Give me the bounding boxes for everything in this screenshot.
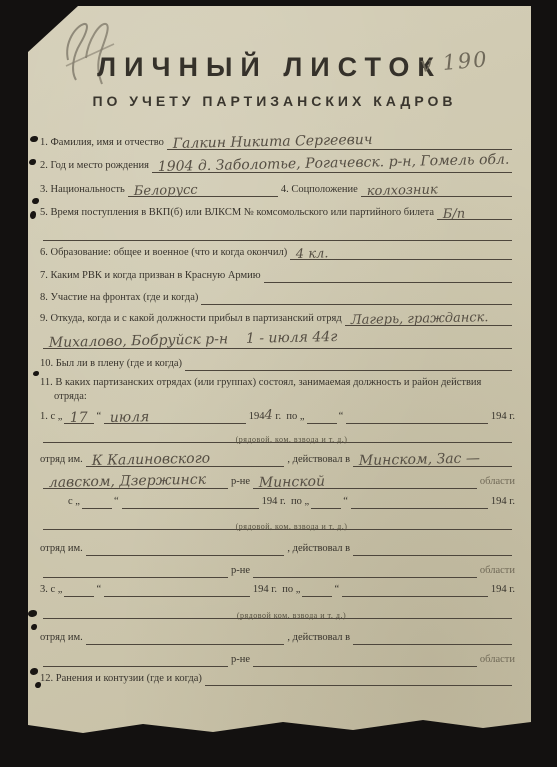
- field-line: [253, 654, 477, 667]
- printed-text: отряд им.: [40, 543, 83, 556]
- field-line: Галкин Никита Сергеевич: [167, 137, 512, 150]
- ink-blot: [30, 668, 38, 675]
- printed-text: с „: [68, 496, 80, 509]
- field-wounds: 12. Ранения и контузии (где и когда): [40, 673, 515, 686]
- service-entry-1-dates: 1. с „ 17 “ июля 194 4 г. по „ “ 194 г.: [40, 408, 515, 424]
- field-line: Белорусс: [128, 184, 278, 197]
- handwritten-unit: К Калиновского: [91, 451, 210, 469]
- service-entry-2-dates: с „ “ 194 г. по „ “ 194 г.: [68, 496, 515, 509]
- service-entry-1-unit: отряд им. К Калиновского , действовал в …: [40, 454, 515, 467]
- service-entry-3-district: р-не области: [40, 654, 515, 667]
- field-line: [353, 632, 512, 645]
- printed-year: 194: [491, 411, 507, 424]
- field-party-extra-line: [40, 228, 515, 241]
- field-line: [104, 584, 250, 597]
- field-line: [201, 292, 512, 305]
- printed-text: “: [114, 496, 119, 509]
- printed-text: г.: [277, 496, 285, 509]
- handwritten-value: колхозник: [367, 183, 438, 199]
- handwritten-value: 1904 д. Заболотье, Рогачевск. р-н, Гомел…: [158, 152, 510, 175]
- printed-text: “: [96, 411, 101, 424]
- field-label: отряда:: [54, 391, 87, 404]
- field-line: [264, 270, 512, 283]
- service-entry-2-district: р-не области: [40, 565, 515, 578]
- field-line: [307, 411, 337, 424]
- field-line: [122, 496, 259, 509]
- field-label: 12. Ранения и контузии (где и когда): [40, 673, 202, 686]
- field-units-heading2: отряда:: [54, 391, 515, 404]
- printed-text: области: [480, 476, 515, 489]
- printed-text: г.: [507, 411, 515, 424]
- field-line: К Калиновского: [86, 454, 285, 467]
- field-label: 7. Каким РВК и когда призван в Красную А…: [40, 270, 261, 283]
- printed-text: , действовал в: [287, 454, 350, 467]
- field-surname: 1. Фамилия, имя и отчество Галкин Никита…: [40, 137, 515, 150]
- page-subtitle: ПО УЧЕТУ ПАРТИЗАНСКИХ КАДРОВ: [28, 94, 521, 108]
- handwritten-value: Галкин Никита Сергеевич: [173, 132, 373, 152]
- printed-text: отряд им.: [40, 454, 83, 467]
- field-label: 5. Время поступления в ВКП(б) или ВЛКСМ …: [40, 207, 434, 220]
- field-line: [86, 543, 285, 556]
- printed-text: р-не: [231, 476, 250, 489]
- field-label: 6. Образование: общее и военное (что и к…: [40, 247, 287, 260]
- field-captivity: 10. Был ли в плену (где и когда): [40, 358, 515, 371]
- printed-text: , действовал в: [287, 632, 350, 645]
- field-line: лавском, Дзержинск: [43, 476, 228, 489]
- scanned-document-page: { "colors":{"paper":"#cec8af","print_ink…: [0, 0, 557, 767]
- field-line: [302, 584, 332, 597]
- printed-text: по „: [281, 411, 304, 424]
- field-education: 6. Образование: общее и военное (что и к…: [40, 247, 515, 260]
- printed-text: “: [343, 496, 348, 509]
- handwritten-day: 17: [70, 410, 88, 426]
- field-line: [351, 496, 488, 509]
- printed-year: 194: [491, 496, 507, 509]
- service-entry-2-unit: отряд им. , действовал в: [40, 543, 515, 556]
- field-line: 4 кл.: [290, 247, 512, 260]
- handwritten-year-digit: 4: [265, 408, 273, 424]
- field-units-heading: 11. В каких партизанских отрядах (или гр…: [40, 377, 515, 390]
- field-line: Б/п: [437, 207, 512, 220]
- service-entry-3-dates: 3. с „ “ 194 г. по „ “ 194 г.: [40, 584, 515, 597]
- field-label: 2. Год и место рождения: [40, 160, 149, 173]
- ink-blot: [30, 211, 36, 219]
- field-line: июля: [104, 411, 246, 424]
- entry-number: 3.: [40, 584, 51, 597]
- ink-blot: [30, 136, 38, 142]
- field-line: [82, 496, 112, 509]
- field-line: [64, 584, 94, 597]
- field-line: Лагерь, гражданск.: [345, 313, 512, 326]
- form-paper: ЛИЧНЫЙ ЛИСТОК v 190 ПО УЧЕТУ ПАРТИЗАНСКИ…: [28, 6, 531, 741]
- printed-text: “: [334, 584, 339, 597]
- printed-text: г.: [507, 584, 515, 597]
- field-rvk: 7. Каким РВК и когда призван в Красную А…: [40, 270, 515, 283]
- field-line: [353, 543, 512, 556]
- service-entry-1-district: лавском, Дзержинск р-не Минской области: [40, 476, 515, 489]
- ink-blot: [35, 682, 41, 688]
- field-nationality-social: 3. Национальность Белорусс 4. Соцположен…: [40, 184, 515, 197]
- handwritten-month: июля: [110, 409, 150, 426]
- printed-text: области: [480, 654, 515, 667]
- ink-blot: [33, 371, 39, 376]
- handwritten-value: Лагерь, гражданск.: [350, 310, 488, 328]
- field-label: 11. В каких партизанских отрядах (или гр…: [40, 377, 481, 390]
- field-line: [43, 654, 228, 667]
- printed-text: , действовал в: [287, 543, 350, 556]
- handwritten-value: Б/п: [443, 207, 466, 222]
- field-line: [205, 673, 512, 686]
- field-label: 1. Фамилия, имя и отчество: [40, 137, 164, 150]
- printed-year: 194: [253, 584, 269, 597]
- field-label: 8. Участие на фронтах (где и когда): [40, 292, 198, 305]
- field-label: 3. Национальность: [40, 184, 125, 197]
- service-entry-3-unit: отряд им. , действовал в: [40, 632, 515, 645]
- handwritten-value: Белорусс: [133, 183, 197, 199]
- field-line: [43, 565, 228, 578]
- field-label: 4. Соцположение: [281, 184, 358, 197]
- field-party: 5. Время поступления в ВКП(б) или ВЛКСМ …: [40, 207, 515, 220]
- field-line: Михалово, Бобруйск р-н 1 - июля 44г: [43, 336, 512, 349]
- field-line: Минском, Зас —: [353, 454, 512, 467]
- field-line: [86, 632, 285, 645]
- printed-text: г.: [273, 411, 281, 424]
- printed-year: 194: [491, 584, 507, 597]
- printed-text: с „: [51, 584, 63, 597]
- field-line: 17: [64, 411, 94, 424]
- field-line: 1904 д. Заболотье, Рогачевск. р-н, Гомел…: [152, 160, 512, 173]
- handwritten-value: Михалово, Бобруйск р-н 1 - июля 44г: [49, 329, 338, 351]
- field-arrival: 9. Откуда, когда и с какой должности при…: [40, 313, 515, 326]
- printed-year: 194: [249, 411, 265, 424]
- ink-blot: [31, 624, 37, 630]
- field-label: 9. Откуда, когда и с какой должности при…: [40, 313, 342, 326]
- field-line: [346, 411, 488, 424]
- printed-text: с „: [51, 411, 63, 424]
- printed-text: отряд им.: [40, 632, 83, 645]
- field-line: [185, 358, 512, 371]
- rank-caption: (рядовой, ком. взвода и т. д.): [68, 436, 515, 444]
- field-label: 10. Был ли в плену (где и когда): [40, 358, 182, 371]
- field-line: [253, 565, 477, 578]
- printed-text: области: [480, 565, 515, 578]
- rank-caption: (рядовой, ком. взвода и т. д.): [68, 523, 515, 531]
- field-line: [43, 228, 512, 241]
- printed-text: “: [339, 411, 344, 424]
- printed-text: р-не: [231, 565, 250, 578]
- field-fronts: 8. Участие на фронтах (где и когда): [40, 292, 515, 305]
- handwritten-region: Минской: [259, 474, 326, 491]
- field-line: [342, 584, 488, 597]
- field-birth: 2. Год и место рождения 1904 д. Заболоть…: [40, 160, 515, 173]
- handwritten-area: Минском, Зас —: [359, 451, 480, 470]
- field-line: [311, 496, 341, 509]
- ink-blot: [29, 159, 36, 165]
- ink-blot: [32, 198, 39, 204]
- ink-blot: [28, 610, 37, 617]
- field-line: колхозник: [361, 184, 512, 197]
- printed-text: г.: [507, 496, 515, 509]
- printed-text: р-не: [231, 654, 250, 667]
- rank-caption: (рядовой ком. взвода и т. д.): [68, 612, 515, 620]
- printed-text: “: [96, 584, 101, 597]
- printed-text: по „: [286, 496, 309, 509]
- handwritten-value: 4 кл.: [296, 246, 329, 262]
- printed-text: г.: [269, 584, 277, 597]
- printed-text: по „: [277, 584, 300, 597]
- field-arrival-line2: Михалово, Бобруйск р-н 1 - июля 44г: [40, 336, 515, 349]
- field-line: Минской: [253, 476, 477, 489]
- entry-number: 1.: [40, 411, 51, 424]
- printed-year: 194: [262, 496, 278, 509]
- handwritten-area2: лавском, Дзержинск: [49, 472, 206, 491]
